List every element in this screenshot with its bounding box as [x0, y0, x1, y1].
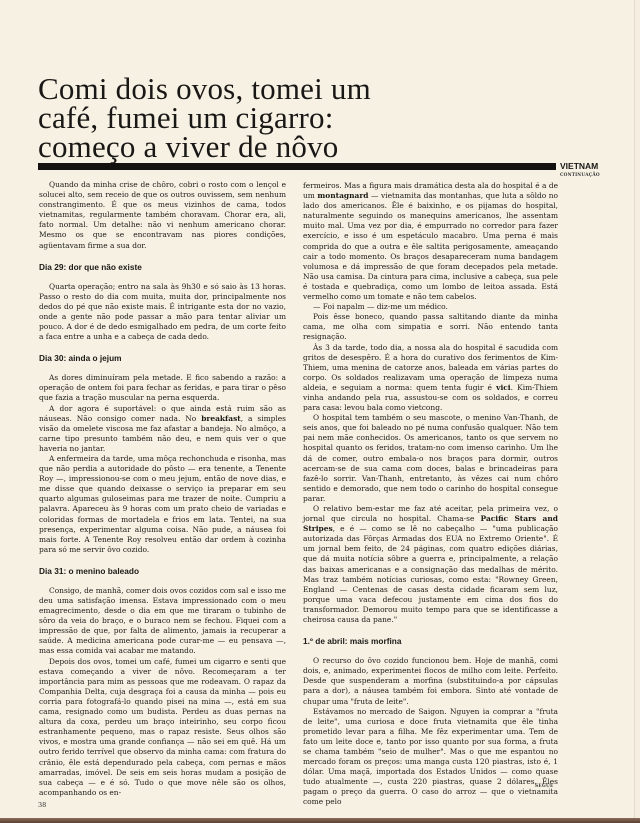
headline-line-2: café, fumei um cigarro: — [38, 103, 458, 132]
magazine-page: Comi dois ovos, tomei um café, fumei um … — [0, 0, 635, 818]
paragraph: O relativo bem-estar me faz até aceitar,… — [303, 504, 558, 625]
continues-label: SEGUE — [535, 784, 554, 789]
paragraph: A dor agora é suportável: o que ainda es… — [39, 404, 286, 454]
paragraph: — Foi napalm — diz-me um médico. — [303, 302, 558, 312]
headline-line-3: começo a viver de nôvo — [38, 132, 458, 161]
section-heading: Dia 31: o menino baleado — [39, 566, 286, 576]
paragraph: Depois dos ovos, tomei um café, fumei um… — [39, 657, 286, 798]
section-heading: Dia 29: dor que não existe — [39, 262, 286, 272]
paragraph: As dores diminuíram pela metade. E fico … — [39, 373, 286, 403]
headline-line-1: Comi dois ovos, tomei um — [38, 74, 458, 103]
headline-rule — [38, 163, 556, 170]
paragraph: Às 3 da tarde, todo dia, a nossa ala do … — [303, 343, 558, 414]
page-bottom-edge — [0, 818, 640, 823]
paragraph: A enfermeira da tarde, uma môça rechonch… — [39, 454, 286, 555]
paragraph: Quando da minha crise de chôro, cobri o … — [39, 180, 286, 251]
paragraph: O recurso do ôvo cozido funcionou bem. H… — [303, 656, 558, 706]
paragraph: O hospital tem também o seu mascote, o m… — [303, 413, 558, 504]
paragraph: Quarta operação; entro na sala às 9h30 e… — [39, 282, 286, 343]
text: , e é — como se lê no cabeçalho — "uma p… — [303, 524, 558, 624]
article-headline: Comi dois ovos, tomei um café, fumei um … — [38, 74, 458, 161]
bold-term: breakfast — [201, 414, 240, 423]
section-heading: Dia 30: ainda o jejum — [39, 353, 286, 363]
paragraph: fermeiros. Mas a figura mais dramática d… — [303, 181, 558, 302]
right-column: fermeiros. Mas a figura mais dramática d… — [303, 181, 558, 808]
bold-term: vici — [496, 383, 511, 392]
section-heading: 1.º de abril: mais morfina — [303, 636, 558, 646]
section-subtitle: CONTINUAÇÃO — [560, 173, 600, 178]
text: — vietnamita das montanhas, que luta a s… — [303, 191, 558, 301]
bold-term: montagnard — [317, 191, 368, 200]
page-number: 38 — [38, 801, 46, 809]
paragraph: Pois êsse boneco, quando passa saltitand… — [303, 312, 558, 342]
paragraph: Estávamos no mercado de Saigon. Nguyen i… — [303, 707, 558, 808]
paragraph: Consigo, de manhã, comer dois ovos cozid… — [39, 586, 286, 657]
section-tag: VIETNAM — [560, 162, 598, 171]
left-column: Quando da minha crise de chôro, cobri o … — [39, 180, 286, 798]
